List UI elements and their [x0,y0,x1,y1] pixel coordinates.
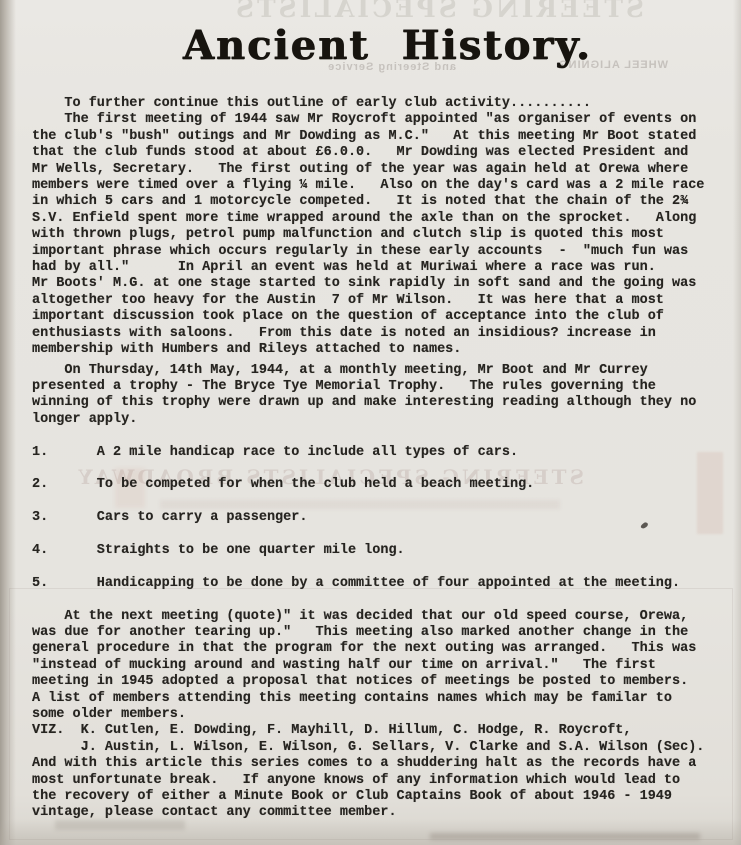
text-line: Mr Boots' M.G. at one stage started to s… [32,276,727,292]
text-line: vintage, please contact any committee me… [32,805,727,821]
text-line: had by all." In April an event was held … [32,260,727,276]
text-line: members were timed over a flying ¼ mile.… [32,178,727,194]
text-line: The first meeting of 1944 saw Mr Roycrof… [32,112,727,128]
text-line: 1. A 2 mile handicap race to include all… [32,445,727,461]
text-line: general procedure in that the program fo… [32,641,727,657]
text-line: On Thursday, 14th May, 1944, at a monthl… [32,363,727,379]
text-line: membership with Humbers and Rileys attac… [32,342,727,358]
text-line: 4. Straights to be one quarter mile long… [32,543,727,559]
text-line: the recovery of either a Minute Book or … [32,789,727,805]
ghost-showthrough-headline-top: STEERING SPECIALISTS [292,0,644,23]
text-line: most unfortunate break. If anyone knows … [32,773,727,789]
text-line: in which 5 cars and 1 motorcycle compete… [32,194,727,210]
scanned-page: STEERING SPECIALISTS and Steering Servic… [0,0,741,845]
scan-edge-left [0,0,16,845]
text-line: important phrase which occurs regularly … [32,244,727,260]
text-line: enthusiasts with saloons. From this date… [32,326,727,342]
text-line: meeting in 1945 adopted a proposal that … [32,674,727,690]
text-line: longer apply. [32,412,727,428]
text-line: important discussion took place on the q… [32,309,727,325]
text-line: "instead of mucking around and wasting h… [32,658,727,674]
text-line: with thrown plugs, petrol pump malfuncti… [32,227,727,243]
text-line: S.V. Enfield spent more time wrapped aro… [32,211,727,227]
scan-edge-right [733,0,741,845]
text-line: 5. Handicapping to be done by a committe… [32,576,727,592]
text-line: 2. To be competed for when the club held… [32,477,727,493]
text-line: altogether too heavy for the Austin 7 of… [32,293,727,309]
text-line: was due for another tearing up." This me… [32,625,727,641]
body-text: To further continue this outline of earl… [32,96,727,822]
text-line: And with this article this series comes … [32,756,727,772]
text-line: At the next meeting (quote)" it was deci… [32,609,727,625]
text-line: winning of this trophy were drawn up and… [32,395,727,411]
text-line: J. Austin, L. Wilson, E. Wilson, G. Sell… [32,740,727,756]
text-line: A list of members attending this meeting… [32,691,727,707]
text-line: 3. Cars to carry a passenger. [32,510,727,526]
text-line: Mr Wells, Secretary. The first outing of… [32,162,727,178]
text-line: presented a trophy - The Bryce Tye Memor… [32,379,727,395]
page-title: Ancient History. [0,22,741,69]
text-line: To further continue this outline of earl… [32,96,727,112]
text-line: that the club funds stood at about £6.0.… [32,145,727,161]
text-line: VIZ. K. Cutlen, E. Dowding, F. Mayhill, … [32,723,727,739]
scan-edge-bottom [0,819,741,845]
text-line: the club's "bush" outings and Mr Dowding… [32,129,727,145]
text-line: some older members. [32,707,727,723]
